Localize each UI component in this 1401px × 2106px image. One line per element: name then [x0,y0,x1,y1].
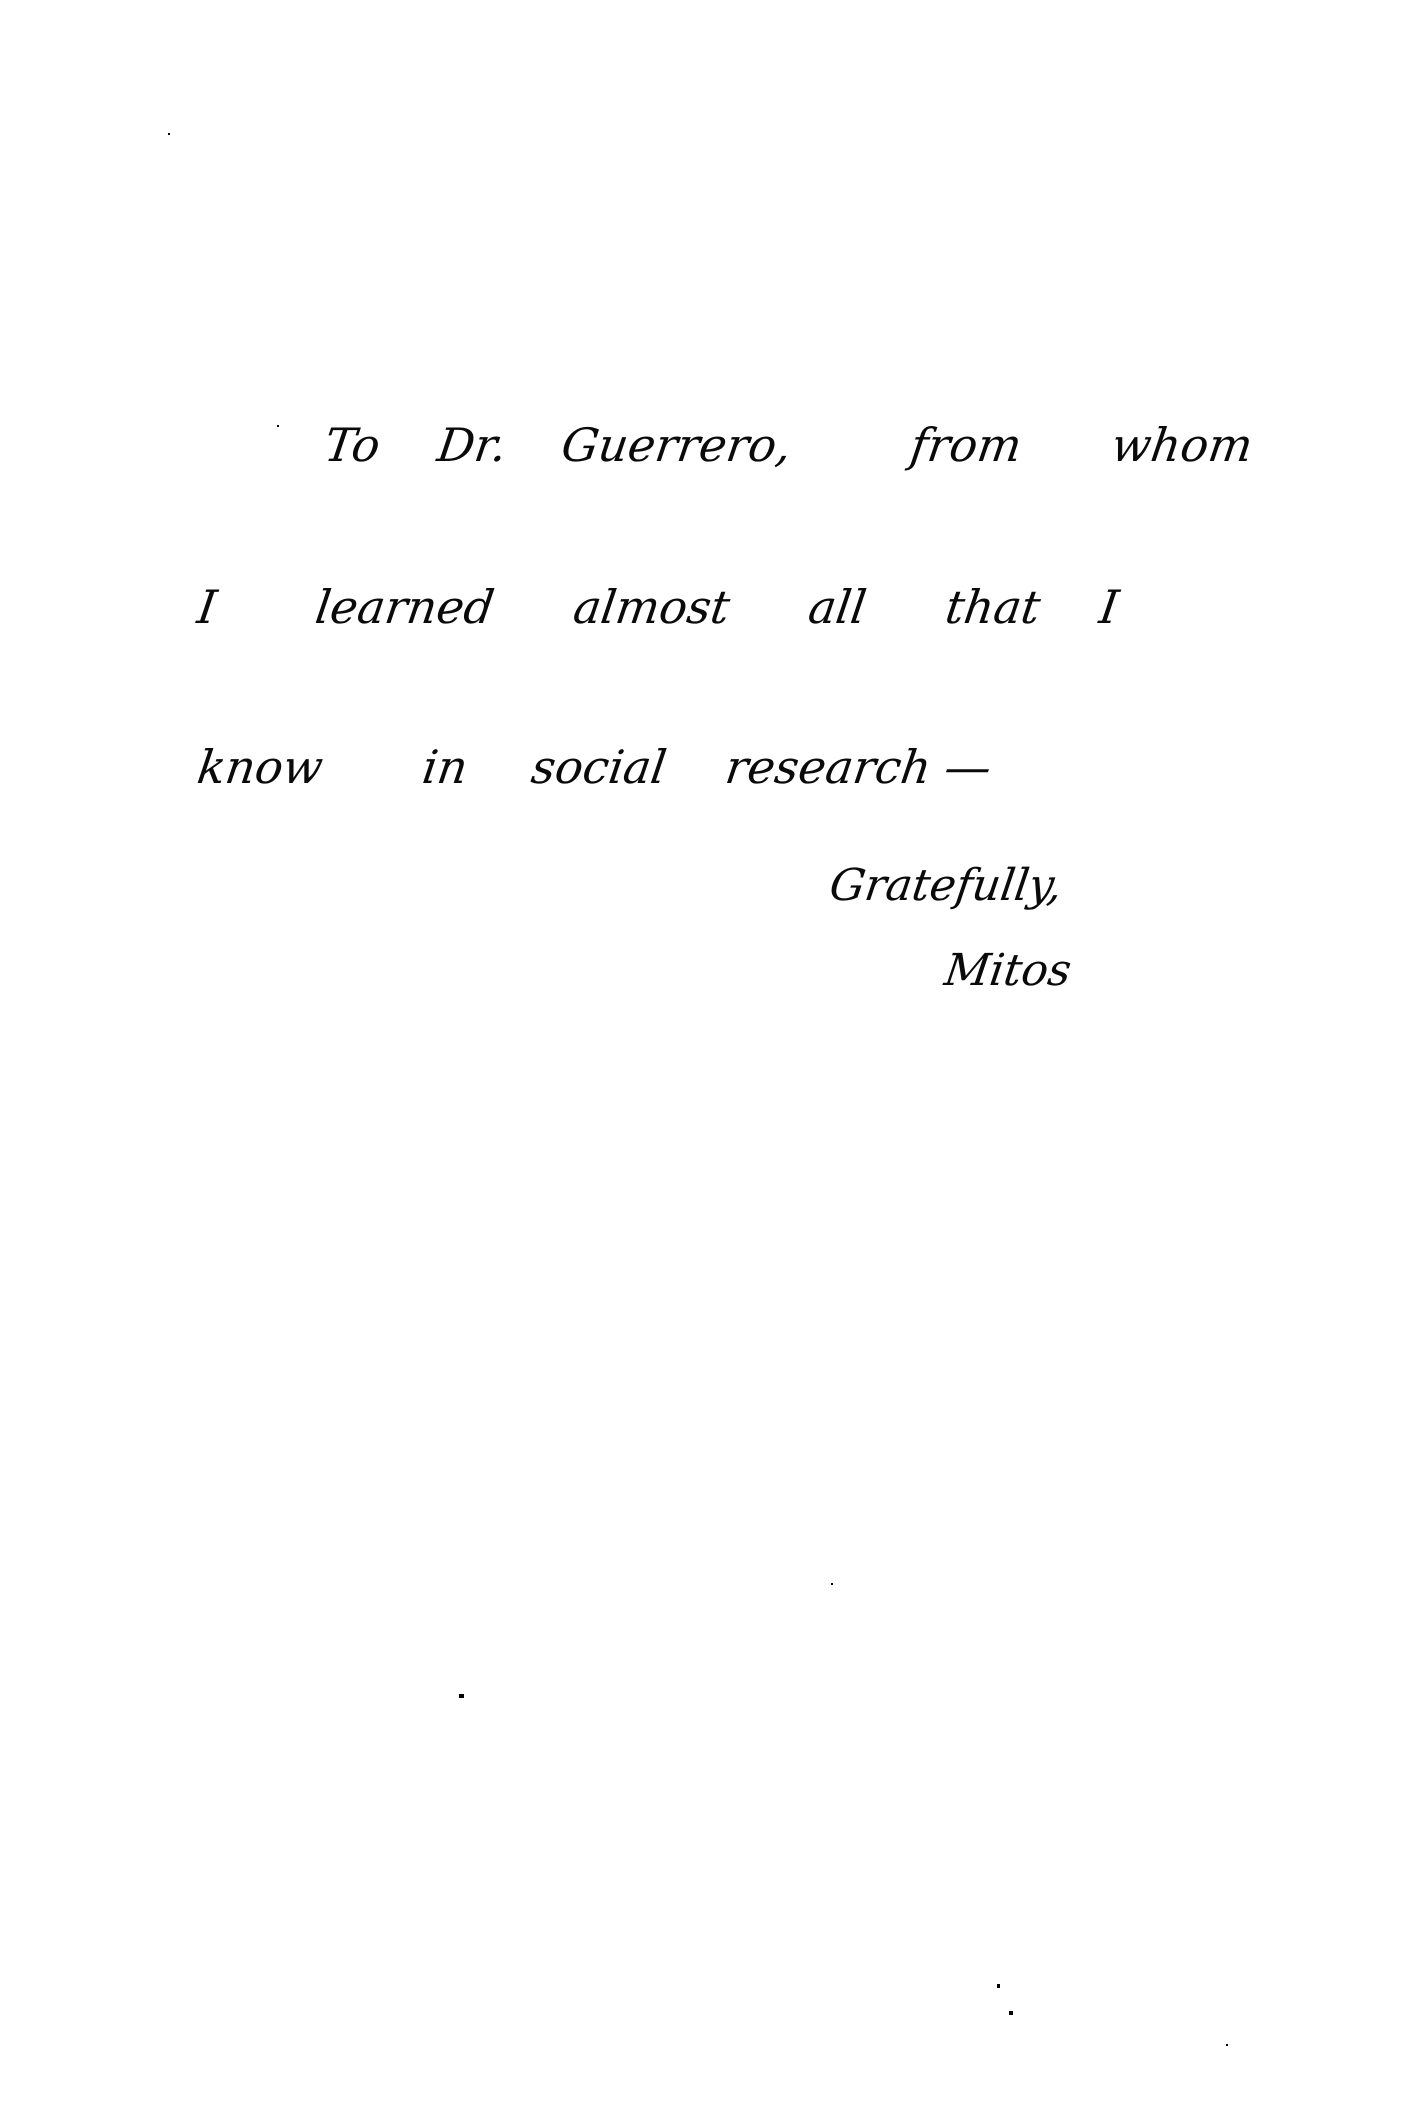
scan-speck [831,1583,833,1585]
dedication-word: all [806,580,870,634]
dedication-word: from [908,418,1026,472]
closing-valediction: Gratefully, [830,860,1062,911]
signature-text: Mitos [941,945,1074,996]
dedication-word: that [942,580,1044,634]
valediction-text: Gratefully, [826,860,1065,911]
scan-speck [1009,2011,1013,2015]
scan-speck [459,1694,464,1698]
scan-speck [168,133,170,135]
dedication-word: To [321,418,383,472]
dedication-word: in [419,740,471,794]
dedication-word: I [194,580,220,634]
dedication-word: almost [570,580,733,634]
dedication-dash: — [941,740,995,794]
dedication-word: I [1096,580,1122,634]
dedication-word: know [194,740,326,794]
dedication-word: whom [1108,418,1256,472]
dedication-word: social [528,740,670,794]
scan-speck [1226,2044,1228,2046]
dedication-word: learned [312,580,497,634]
document-page: To Dr. Guerrero, from whom I learned alm… [0,0,1401,2106]
dedication-line-2: I learned almost all that I [198,580,1118,634]
dedication-word: research [722,740,934,794]
dedication-line-3: know in social research — [198,740,991,794]
dedication-word: Guerrero, [558,418,795,472]
scan-speck [277,425,279,427]
scan-speck [997,1984,1000,1988]
signature: Mitos [945,945,1071,996]
dedication-word: Dr. [434,418,510,472]
dedication-line-1: To Dr. Guerrero, from whom [325,418,1252,472]
